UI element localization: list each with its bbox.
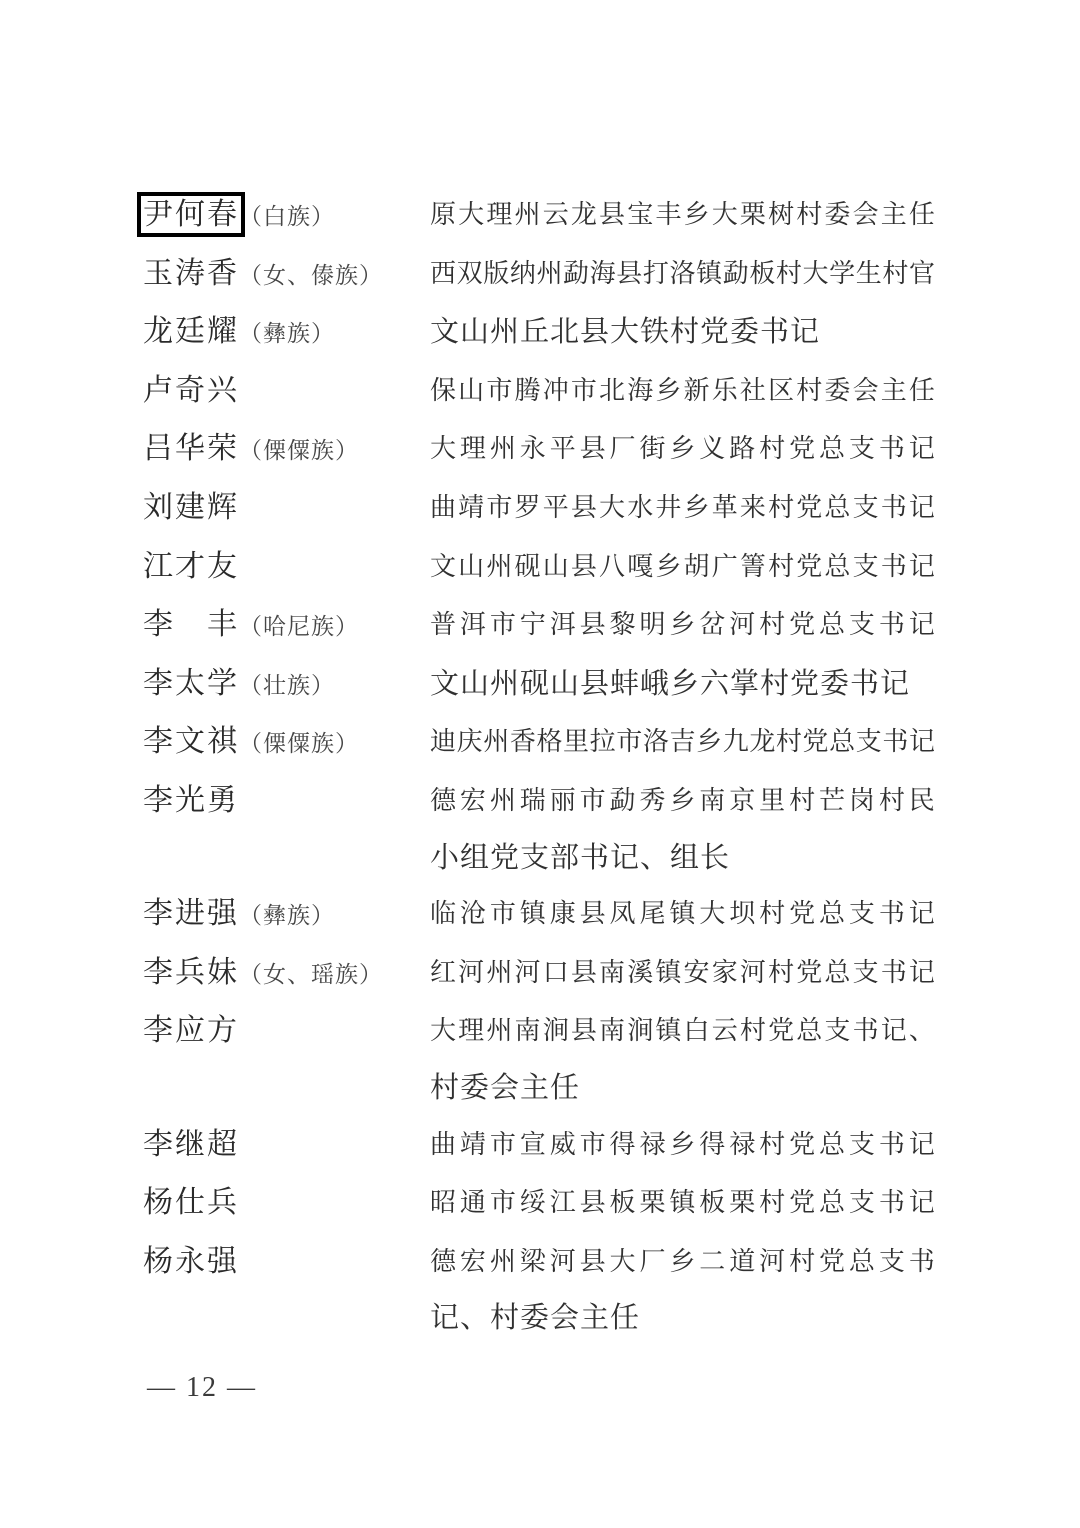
person-title-cell: 德宏州梁河县大厂乡二道河村党总支书记、村委会主任 xyxy=(430,1234,935,1347)
person-title-cell: 临沧市镇康县凤尾镇大坝村党总支书记 xyxy=(430,886,935,943)
person-name: 玉涛香 xyxy=(143,257,239,290)
title-line: 文山州砚山县蚌峨乡六掌村党委书记 xyxy=(430,656,935,713)
person-name: 李兵妹 xyxy=(143,956,239,989)
title-line: 小组党支部书记、组长 xyxy=(430,830,935,887)
person-name: 卢奇兴 xyxy=(143,374,239,407)
person-name: 李文祺 xyxy=(143,725,239,758)
ethnic-group-label: （女、瑶族） xyxy=(239,962,383,987)
ethnic-group-label: （彝族） xyxy=(239,903,335,928)
document-page: 尹何春（白族） 原大理州云龙县宝丰乡大栗树村委会主任 玉涛香（女、傣族） 西双版… xyxy=(0,0,1080,1528)
person-title-cell: 文山州砚山县蚌峨乡六掌村党委书记 xyxy=(430,656,935,713)
person-title-cell: 德宏州瑞丽市勐秀乡南京里村芒岗村民小组党支部书记、组长 xyxy=(430,773,935,886)
person-title-cell: 昭通市绥江县板栗镇板栗村党总支书记 xyxy=(430,1175,935,1232)
person-title-cell: 红河州河口县南溪镇安家河村党总支书记 xyxy=(430,945,935,1002)
person-name-cell: 杨仕兵 xyxy=(143,1175,430,1234)
list-item: 李应方 大理州南涧县南涧镇白云村党总支书记、村委会主任 xyxy=(143,1003,943,1116)
title-line: 迪庆州香格里拉市洛吉乡九龙村党总支书记 xyxy=(430,714,935,771)
list-item: 李进强（彝族） 临沧市镇康县凤尾镇大坝村党总支书记 xyxy=(143,886,943,945)
list-item: 李太学（壮族） 文山州砚山县蚌峨乡六掌村党委书记 xyxy=(143,656,943,715)
person-name-cell: 玉涛香（女、傣族） xyxy=(143,246,430,305)
person-name: 李进强 xyxy=(143,897,239,930)
person-title-cell: 大理州南涧县南涧镇白云村党总支书记、村委会主任 xyxy=(430,1003,935,1116)
person-name-cell: 刘建辉 xyxy=(143,480,430,539)
title-line: 西双版纳州勐海县打洛镇勐板村大学生村官 xyxy=(430,246,935,303)
list-item: 杨仕兵 昭通市绥江县板栗镇板栗村党总支书记 xyxy=(143,1175,943,1234)
list-item: 李兵妹（女、瑶族） 红河州河口县南溪镇安家河村党总支书记 xyxy=(143,945,943,1004)
title-line: 大理州南涧县南涧镇白云村党总支书记、 xyxy=(430,1003,935,1060)
list-item: 江才友 文山州砚山县八嘎乡胡广箐村党总支书记 xyxy=(143,539,943,598)
title-line: 文山州砚山县八嘎乡胡广箐村党总支书记 xyxy=(430,539,935,596)
person-title-cell: 保山市腾冲市北海乡新乐社区村委会主任 xyxy=(430,363,935,420)
title-line: 德宏州瑞丽市勐秀乡南京里村芒岗村民 xyxy=(430,773,935,830)
person-name: 杨永强 xyxy=(143,1245,239,1278)
title-line: 曲靖市罗平县大水井乡革来村党总支书记 xyxy=(430,480,935,537)
title-line: 大理州永平县厂街乡义路村党总支书记 xyxy=(430,421,935,478)
person-title-cell: 西双版纳州勐海县打洛镇勐板村大学生村官 xyxy=(430,246,935,303)
person-name: 李光勇 xyxy=(143,784,239,817)
title-line: 临沧市镇康县凤尾镇大坝村党总支书记 xyxy=(430,886,935,943)
ethnic-group-label: （壮族） xyxy=(239,673,335,698)
person-name-cell: 江才友 xyxy=(143,539,430,598)
title-line: 保山市腾冲市北海乡新乐社区村委会主任 xyxy=(430,363,935,420)
person-title-cell: 曲靖市宣威市得禄乡得禄村党总支书记 xyxy=(430,1117,935,1174)
person-title-cell: 大理州永平县厂街乡义路村党总支书记 xyxy=(430,421,935,478)
person-title-cell: 曲靖市罗平县大水井乡革来村党总支书记 xyxy=(430,480,935,537)
person-title-cell: 文山州丘北县大铁村党委书记 xyxy=(430,304,935,361)
title-line: 普洱市宁洱县黎明乡岔河村党总支书记 xyxy=(430,597,935,654)
person-name-cell: 卢奇兴 xyxy=(143,363,430,422)
person-name-cell: 李兵妹（女、瑶族） xyxy=(143,945,430,1004)
person-name-cell: 尹何春（白族） xyxy=(143,187,430,246)
person-name-cell: 李继超 xyxy=(143,1117,430,1176)
person-name-cell: 李文祺（傈僳族） xyxy=(143,714,430,773)
person-name: 江才友 xyxy=(143,550,239,583)
list-item: 尹何春（白族） 原大理州云龙县宝丰乡大栗树村委会主任 xyxy=(143,187,943,246)
person-name-cell: 李太学（壮族） xyxy=(143,656,430,715)
person-name: 刘建辉 xyxy=(143,491,239,524)
person-title-cell: 普洱市宁洱县黎明乡岔河村党总支书记 xyxy=(430,597,935,654)
person-name: 李应方 xyxy=(143,1014,239,1047)
title-line: 昭通市绥江县板栗镇板栗村党总支书记 xyxy=(430,1175,935,1232)
person-title-cell: 迪庆州香格里拉市洛吉乡九龙村党总支书记 xyxy=(430,714,935,771)
list-item: 李文祺（傈僳族） 迪庆州香格里拉市洛吉乡九龙村党总支书记 xyxy=(143,714,943,773)
list-item: 李光勇 德宏州瑞丽市勐秀乡南京里村芒岗村民小组党支部书记、组长 xyxy=(143,773,943,886)
person-title-cell: 文山州砚山县八嘎乡胡广箐村党总支书记 xyxy=(430,539,935,596)
person-name-cell: 吕华荣（傈僳族） xyxy=(143,421,430,480)
list-item: 杨永强 德宏州梁河县大厂乡二道河村党总支书记、村委会主任 xyxy=(143,1234,943,1347)
person-name: 杨仕兵 xyxy=(143,1186,239,1219)
title-line: 村委会主任 xyxy=(430,1060,935,1117)
title-line: 曲靖市宣威市得禄乡得禄村党总支书记 xyxy=(430,1117,935,1174)
person-name: 吕华荣 xyxy=(143,432,239,465)
person-name-cell: 李应方 xyxy=(143,1003,430,1062)
recipient-list: 尹何春（白族） 原大理州云龙县宝丰乡大栗树村委会主任 玉涛香（女、傣族） 西双版… xyxy=(143,187,943,1347)
list-item: 龙廷耀（彝族） 文山州丘北县大铁村党委书记 xyxy=(143,304,943,363)
title-line: 原大理州云龙县宝丰乡大栗树村委会主任 xyxy=(430,187,935,244)
person-name: 李太学 xyxy=(143,667,239,700)
ethnic-group-label: （傈僳族） xyxy=(239,438,359,463)
person-name-cell: 李进强（彝族） xyxy=(143,886,430,945)
person-name: 李 丰 xyxy=(143,608,239,641)
person-title-cell: 原大理州云龙县宝丰乡大栗树村委会主任 xyxy=(430,187,935,244)
title-line: 记、村委会主任 xyxy=(430,1290,935,1347)
person-name-cell: 李光勇 xyxy=(143,773,430,832)
list-item: 刘建辉 曲靖市罗平县大水井乡革来村党总支书记 xyxy=(143,480,943,539)
ethnic-group-label: （白族） xyxy=(239,204,335,229)
person-name: 龙廷耀 xyxy=(143,315,239,348)
title-line: 红河州河口县南溪镇安家河村党总支书记 xyxy=(430,945,935,1002)
ethnic-group-label: （彝族） xyxy=(239,321,335,346)
person-name: 尹何春 xyxy=(143,198,239,231)
title-line: 文山州丘北县大铁村党委书记 xyxy=(430,304,935,361)
person-name-cell: 李 丰（哈尼族） xyxy=(143,597,430,656)
ethnic-group-label: （傈僳族） xyxy=(239,731,359,756)
list-item: 吕华荣（傈僳族） 大理州永平县厂街乡义路村党总支书记 xyxy=(143,421,943,480)
person-name: 李继超 xyxy=(143,1128,239,1161)
list-item: 李继超 曲靖市宣威市得禄乡得禄村党总支书记 xyxy=(143,1117,943,1176)
page-number: — 12 — xyxy=(147,1372,257,1404)
person-name-cell: 龙廷耀（彝族） xyxy=(143,304,430,363)
list-item: 李 丰（哈尼族） 普洱市宁洱县黎明乡岔河村党总支书记 xyxy=(143,597,943,656)
list-item: 玉涛香（女、傣族） 西双版纳州勐海县打洛镇勐板村大学生村官 xyxy=(143,246,943,305)
title-line: 德宏州梁河县大厂乡二道河村党总支书 xyxy=(430,1234,935,1291)
ethnic-group-label: （哈尼族） xyxy=(239,614,359,639)
person-name-cell: 杨永强 xyxy=(143,1234,430,1293)
ethnic-group-label: （女、傣族） xyxy=(239,263,383,288)
list-item: 卢奇兴 保山市腾冲市北海乡新乐社区村委会主任 xyxy=(143,363,943,422)
